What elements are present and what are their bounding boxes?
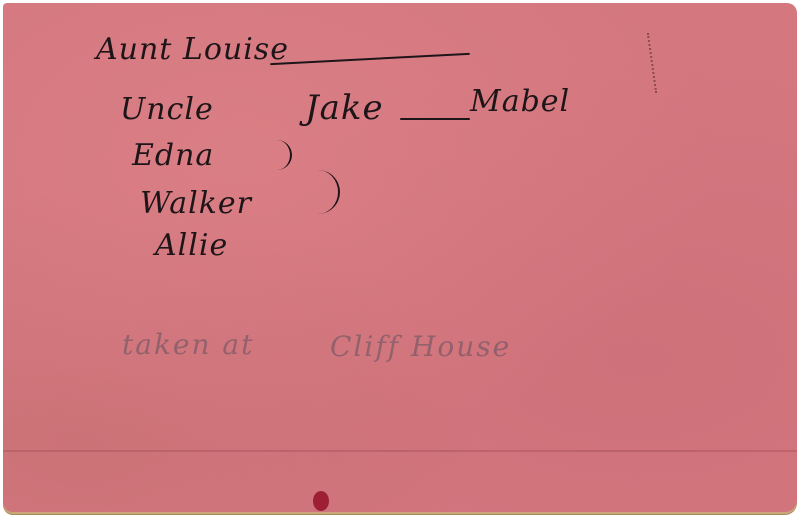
handwriting-aunt-louise: Aunt Louise	[96, 32, 289, 67]
pencil-note-taken-at: taken at	[122, 328, 254, 361]
pen-stroke	[400, 118, 470, 120]
pen-stroke	[250, 170, 340, 214]
pencil-note-cliff-house: Cliff House	[330, 330, 511, 363]
handwriting-walker: Walker	[140, 186, 252, 221]
handwriting-mabel: Mabel	[470, 84, 570, 119]
handwriting-edna: Edna	[132, 138, 214, 173]
handwriting-uncle: Uncle	[120, 92, 214, 127]
pen-stroke	[210, 140, 292, 170]
handwriting-allie: Allie	[155, 228, 228, 263]
paper-tear	[647, 33, 660, 93]
red-stain	[313, 491, 329, 511]
crease-line	[3, 450, 797, 452]
photo-card-back	[3, 3, 797, 512]
handwriting-jake: Jake	[305, 88, 384, 128]
